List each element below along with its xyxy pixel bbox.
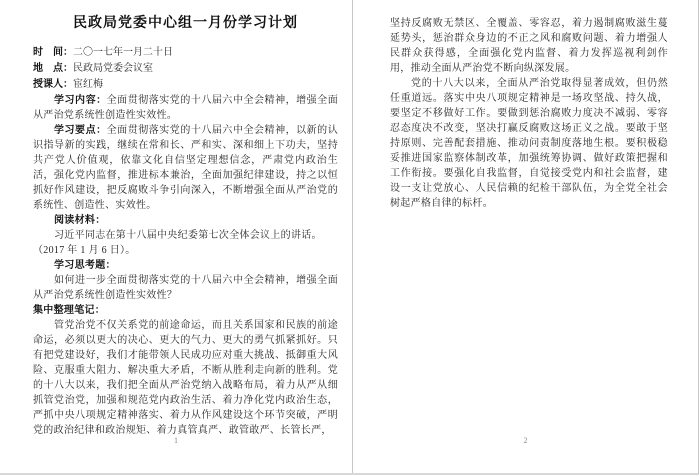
meta-lecturer-value: 宦红梅	[73, 79, 103, 90]
meta-place-value: 民政局党委会议室	[73, 63, 153, 74]
page-1-number: 1	[0, 436, 352, 445]
study-content-paragraph: 学习内容：全面贯彻落实党的十八届六中全会精神，增强全面从严治党系统性创造性实效性…	[33, 93, 338, 123]
reading-material-line2: （2017 年 1 月 6 日）。	[33, 243, 338, 258]
meta-place: 地 点：民政局党委会议室	[33, 61, 338, 77]
study-points-text: 全面贯彻落实党的十八届六中全会精神，以新的认识指导新的实践，继续在常和长、严和实…	[33, 125, 338, 211]
page-1: 民政局党委中心组一月份学习计划 时 间：二〇一七年一月二十日 地 点：民政局党委…	[0, 0, 352, 473]
document-title: 民政局党委中心组一月份学习计划	[33, 12, 338, 32]
notes-heading: 集中整理笔记：	[33, 303, 338, 318]
continuation-paragraph: 坚持反腐败无禁区、全覆盖、零容忍，着力遏制腐败滋生蔓延势头，惩治群众身边的不正之…	[390, 16, 668, 76]
meta-time-value: 二〇一七年一月二十日	[73, 47, 173, 58]
study-question-paragraph: 如何进一步全面贯彻落实党的十八届六中全会精神，增强全面从严治党系统性创造性实效性…	[33, 273, 338, 303]
notes-heading-text: 集中整理笔记：	[33, 305, 105, 316]
study-question-heading-text: 学习思考题：	[54, 260, 116, 271]
document-viewer: 民政局党委中心组一月份学习计划 时 间：二〇一七年一月二十日 地 点：民政局党委…	[0, 0, 699, 475]
study-points-label: 学习要点：	[54, 125, 107, 136]
closing-paragraph: 党的十八大以来，全面从严治党取得显著成效，但仍然任重道远。落实中央八项规定精神是…	[390, 76, 668, 211]
meta-lecturer: 授课人：宦红梅	[33, 77, 338, 93]
meta-lecturer-label: 授课人：	[33, 79, 73, 90]
page-2: 坚持反腐败无禁区、全覆盖、零容忍，着力遏制腐败滋生蔓延势头，惩治群众身边的不正之…	[353, 0, 698, 473]
reading-material-heading-text: 阅读材料：	[54, 215, 106, 226]
study-content-label: 学习内容：	[54, 95, 107, 106]
reading-material-line1: 习近平同志在第十八届中央纪委第七次全体会议上的讲话。	[33, 228, 338, 243]
meta-time: 时 间：二〇一七年一月二十日	[33, 45, 338, 61]
reading-material-heading: 阅读材料：	[33, 213, 338, 228]
notes-paragraph: 管党治党不仅关系党的前途命运，而且关系国家和民族的前途命运，必须以更大的决心、更…	[33, 318, 338, 438]
meta-place-label: 地 点：	[33, 63, 73, 74]
study-points-paragraph: 学习要点：全面贯彻落实党的十八届六中全会精神，以新的认识指导新的实践，继续在常和…	[33, 123, 338, 213]
meta-time-label: 时 间：	[33, 47, 73, 58]
page-2-number: 2	[353, 436, 698, 445]
study-question-heading: 学习思考题：	[33, 258, 338, 273]
